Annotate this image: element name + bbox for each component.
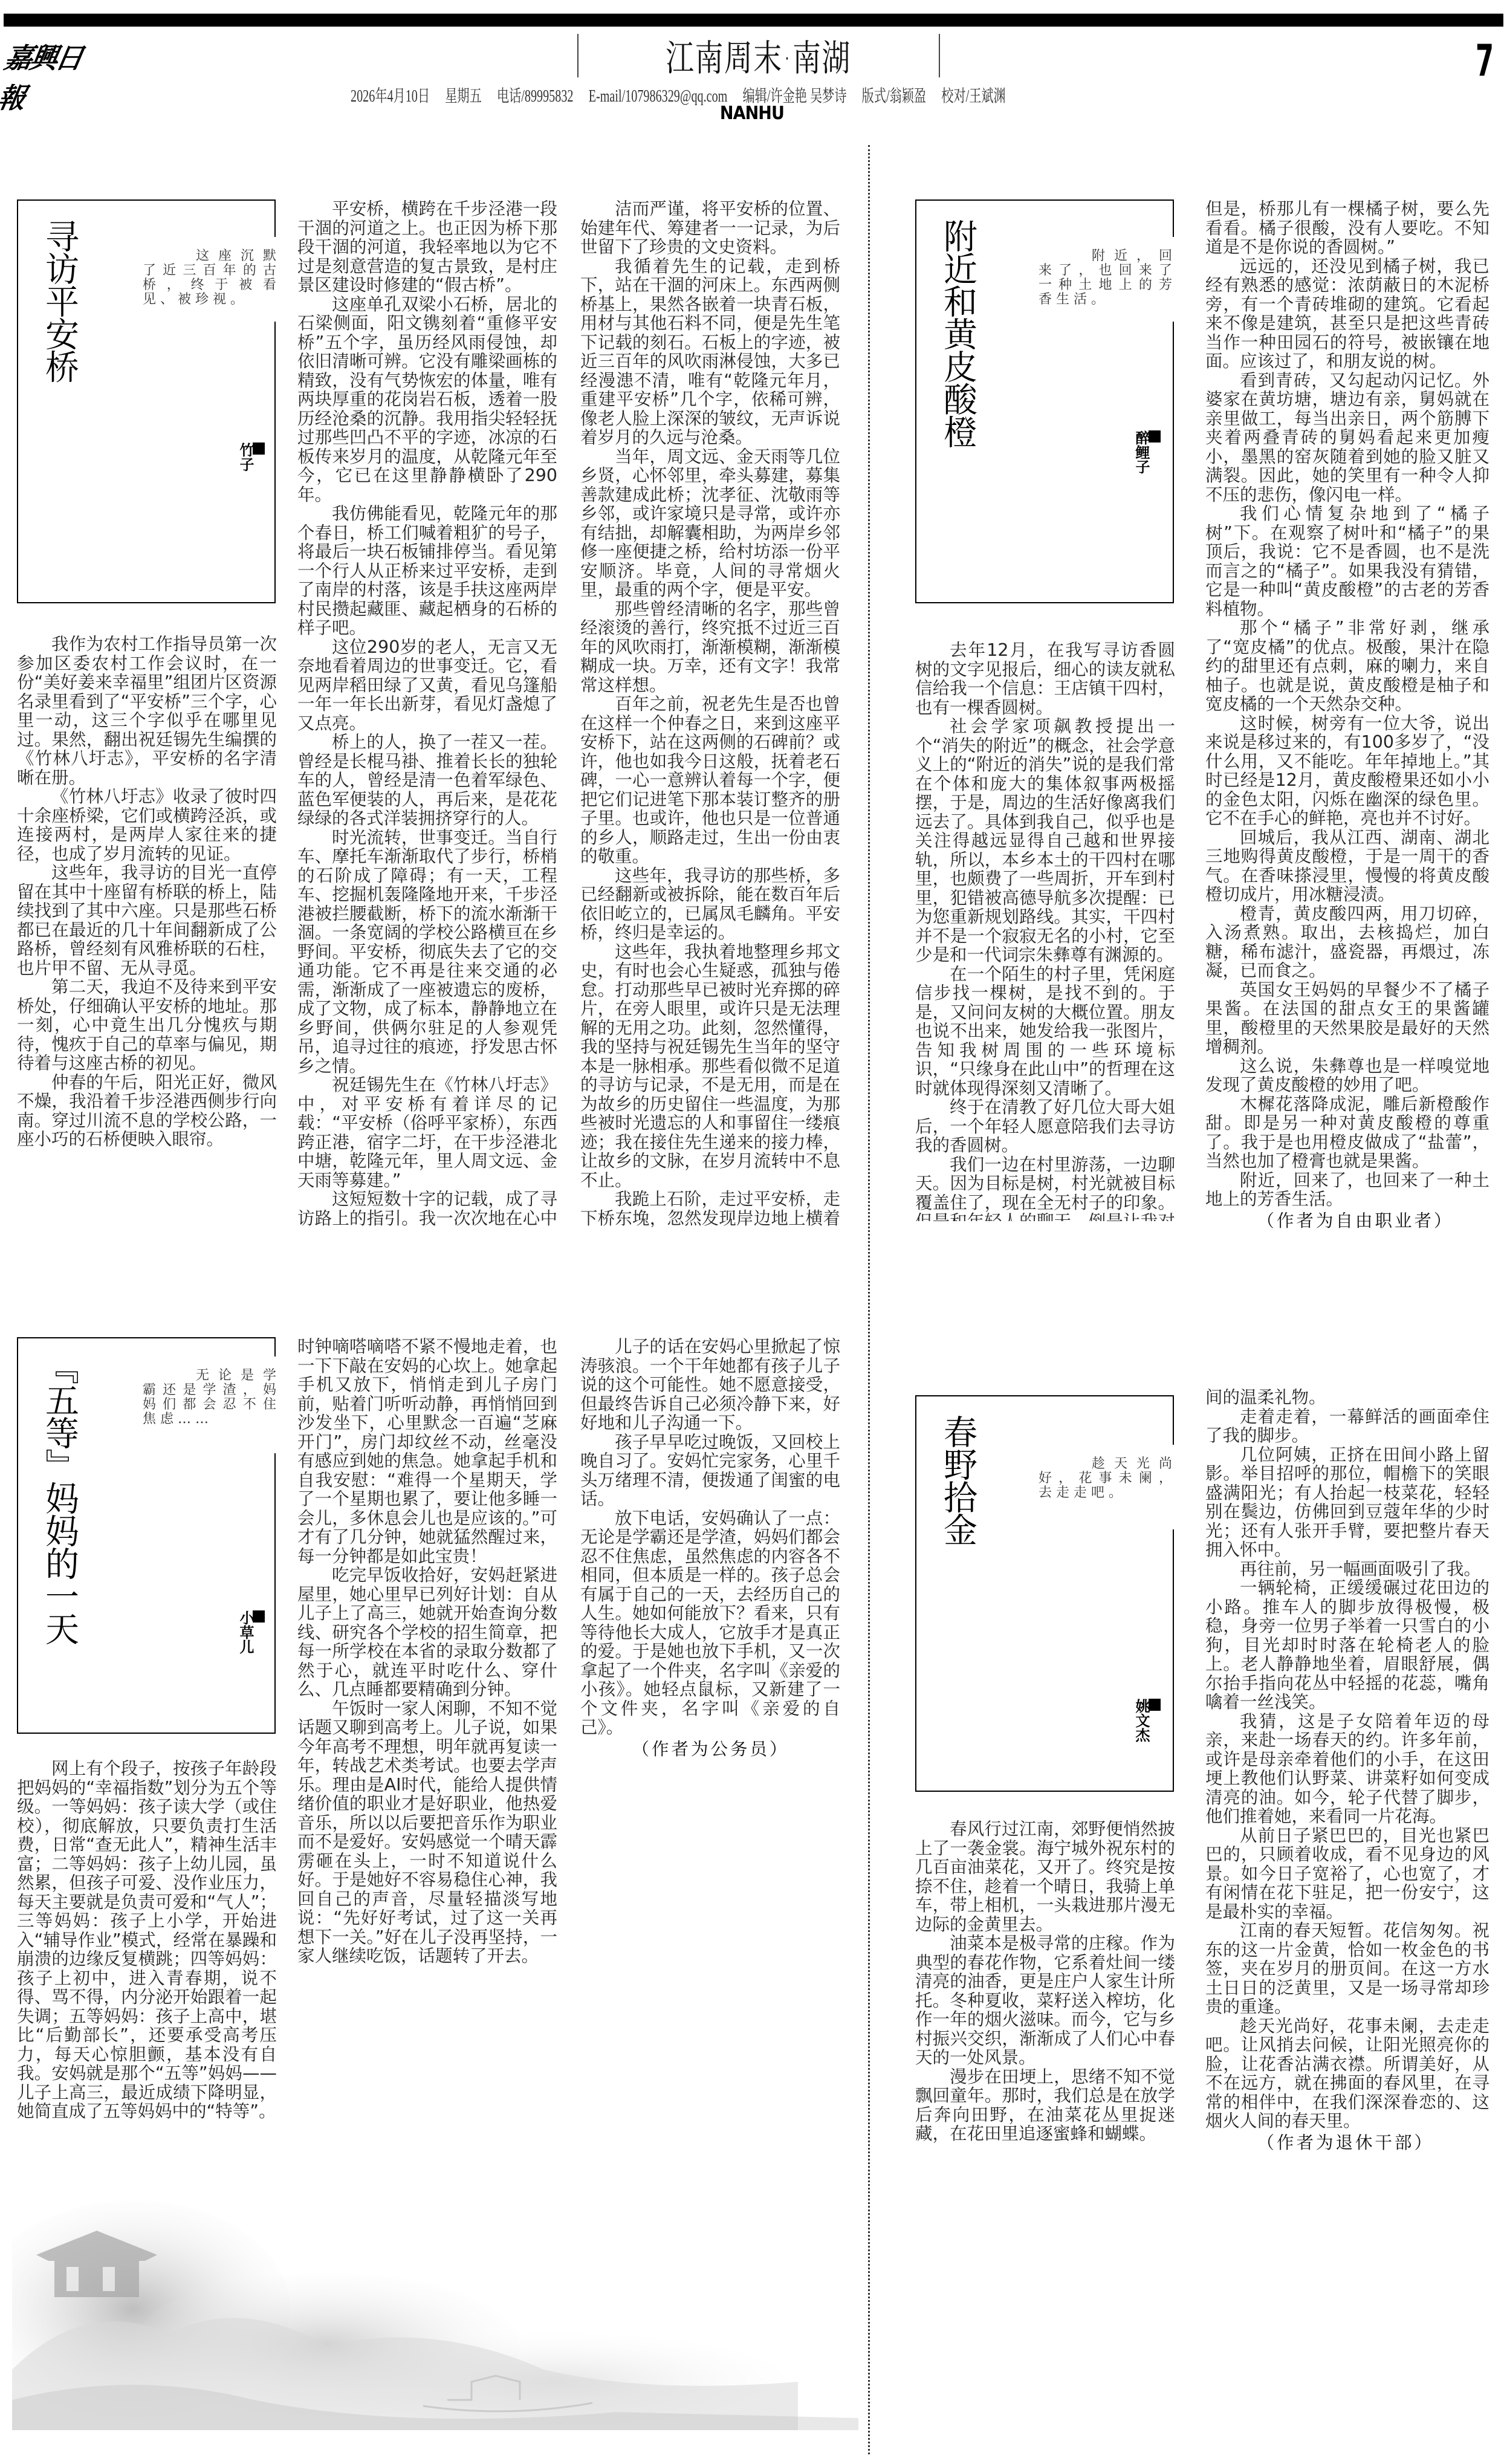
ink-landscape-painting [12,2116,858,2430]
article-body-column: 儿子的话在安妈心里掀起了惊涛骇浪。一个干年她都有孩子儿子说的这个可能性。她不愿意… [580,1337,840,2111]
byline-marker-icon [1149,1699,1161,1711]
article-body-column: 去年12月，在我写寻访香圆树的文字见报后，细心的读友就私信给我一个信息：王店镇干… [915,641,1175,1221]
article-title-box-chunye: 春野拾金 趁天光尚好，花事未阑，去走走吧。 姚文杰 [915,1395,1174,1792]
author-note: （作者为退休干部） [1205,2133,1489,2153]
article-byline: 小草儿 [247,1610,265,1654]
article-byline: 竹子 [247,443,265,472]
section-title-frame: 江南周末·南湖 [577,34,940,77]
page-center-divider [868,145,870,2454]
contact-phone: 电话/89995832 [497,87,574,106]
article-title-box-fujin: 附近和黄皮酸橙 附近，回来了，也回来了一种土地上的芳香生活。 醉鲤子 [915,199,1174,603]
article-lead: 趁天光尚好，花事未阑，去走走吧。 [1035,1445,1180,1529]
author-note: （作者为公务员） [580,1740,840,1759]
issue-weekday: 星期五 [445,87,481,106]
article-title: 寻访平安桥 [36,219,75,382]
byline-marker-icon [253,443,265,455]
article-lead: 附近，回来了，也回来了一种土地上的芳香生活。 [1035,237,1180,322]
article-lead: 无论是学霸还是学渣，妈妈们都会忍不住焦虑…… [139,1357,284,1453]
article-title-box-wudeng: 『五等』妈妈的一天 无论是学霸还是学渣，妈妈们都会忍不住焦虑…… 小草儿 [17,1337,276,1734]
article-title: 『五等』妈妈的一天 [36,1350,75,1644]
article-title: 春野拾金 [935,1415,973,1545]
article-byline: 姚文杰 [1142,1699,1161,1742]
article-body-column: 间的温柔礼物。 走着走着，一幕鲜活的画面牵住了我的脚步。 几位阿姨，正挤在田间小… [1205,1388,1489,2446]
article-body-column: 春风行过江南，郊野便悄然披上了一袭金裳。海宁城外祝东村的几百亩油菜花，又开了。终… [915,1820,1175,2448]
byline-marker-icon [1149,430,1161,443]
article-title: 附近和黄皮酸橙 [935,219,973,447]
masthead-top-rule [4,13,1503,27]
layout-credit: 版式/翁颖盈 [862,87,926,106]
byline-marker-icon [253,1610,265,1623]
article-body-column: 网上有个段子，按孩子年龄段把妈妈的“幸福指数”划分为五个等级。一等妈妈：孩子读大… [17,1759,277,2122]
article-body-column: 我作为农村工作指导员第一次参加区委农村工作会议时，在一份“美好姜来幸福里”组团片… [17,635,277,1215]
article-byline: 醉鲤子 [1142,430,1161,474]
section-title: 江南周末·南湖 [666,30,852,82]
page-number: 7 [1476,35,1494,86]
contact-email[interactable]: E-mail/107986329@qq.com [589,87,728,106]
sub-brand: NANHU [720,103,784,124]
article-body-column: 时钟嘀嗒嘀嗒不紧不慢地走着，也一下下敲在安妈的心坎上。她拿起手机又放下，悄悄走到… [297,1337,557,2099]
issue-date: 2026年4月10日 [351,87,430,106]
article-body-column: 平安桥，横跨在千步泾港一段干涸的河道之上。也正因为桥下那段干涸的河道，我轻率地以… [297,199,557,1227]
article-lead: 这座沉默了近三百年的古桥，终于被看见、被珍视。 [139,237,284,322]
proofread-credit: 校对/王斌渊 [941,87,1005,106]
article-body-column: 但是，桥那儿有一棵橘子树，要么先看看。橘子很酸，没有人要吃。不知道是不是你说的香… [1205,199,1489,1348]
newspaper-logo: 嘉興日報 [1,36,99,79]
article-title-box-xunfang: 寻访平安桥 这座沉默了近三百年的古桥，终于被看见、被珍视。 竹子 [17,199,276,603]
article-body-column: 洁而严谨，将平安桥的位置、始建年代、筹建者一一记录，为后世留下了珍贵的文史资料。… [580,199,840,1227]
masthead-info-line: 2026年4月10日 星期五 电话/89995832 E-mail/107986… [351,83,968,107]
author-note: （作者为自由职业者） [1205,1211,1489,1231]
